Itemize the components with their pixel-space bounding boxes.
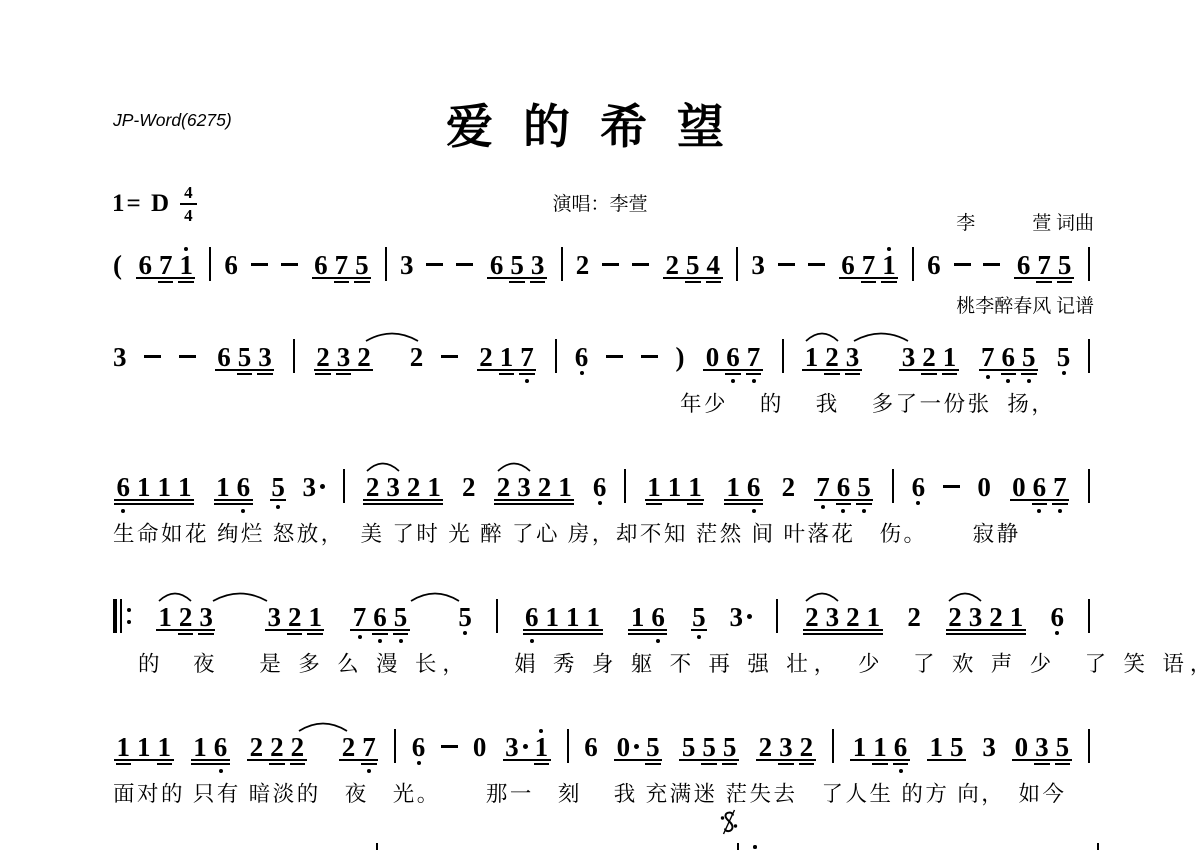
beam-underline xyxy=(1034,763,1050,765)
note: 3 xyxy=(969,604,983,631)
beam-underline xyxy=(265,629,325,631)
beam-underline xyxy=(856,503,872,505)
sheet-music-page: JP-Word(6275) 爱的希望 1= D 4 4 演唱：李萱 李 萱 词曲… xyxy=(0,0,1200,850)
note: 3 xyxy=(199,604,213,631)
notation-line-3: 61111653232122321611116276560067 xyxy=(113,462,1090,501)
note-digit: 7 xyxy=(862,250,876,280)
note: 1 xyxy=(179,252,193,279)
beam-underline xyxy=(372,633,388,635)
note-digit: 5 xyxy=(394,602,408,632)
note: 6 xyxy=(837,474,851,501)
note-digit: 6 xyxy=(927,250,941,280)
beam-underline xyxy=(725,373,741,375)
barline xyxy=(567,729,569,763)
beam-group: 765 xyxy=(813,474,875,501)
beam-group: 653 xyxy=(214,344,276,371)
note-digit: 1 xyxy=(216,472,230,502)
high-octave-dot xyxy=(887,247,891,251)
dash-extension xyxy=(606,355,623,358)
note: 1 xyxy=(726,474,740,501)
note: 1 xyxy=(178,474,192,501)
note-digit: 2 xyxy=(538,472,552,502)
low-octave-dot xyxy=(219,769,223,773)
beam-underline xyxy=(198,633,214,635)
note-digit: 3 xyxy=(113,342,127,372)
beam-underline xyxy=(691,629,707,631)
beam-underline xyxy=(116,763,132,765)
note-digit: 6 xyxy=(747,472,761,502)
barline xyxy=(624,469,626,503)
note: 5 xyxy=(1058,252,1072,279)
note-digit: 6 xyxy=(117,472,131,502)
dash-extension xyxy=(426,263,443,266)
beam-underline xyxy=(214,499,253,501)
note: 1 xyxy=(930,734,944,761)
note-digit: 2 xyxy=(922,342,936,372)
note: 2 xyxy=(759,734,773,761)
note-digit: 2 xyxy=(907,602,921,632)
beam-group: 217 xyxy=(476,344,538,371)
beam-group: 116 xyxy=(849,734,911,761)
note: 7 xyxy=(335,252,349,279)
low-octave-dot xyxy=(841,509,845,513)
beam-underline xyxy=(363,503,443,505)
note-digit: 1 xyxy=(647,472,661,502)
note-digit: 2 xyxy=(825,342,839,372)
note-digit: 0 xyxy=(473,732,487,762)
beam-underline xyxy=(824,373,840,375)
low-octave-dot xyxy=(121,509,125,513)
barline xyxy=(496,599,498,633)
beam-underline xyxy=(899,369,959,371)
beam-underline xyxy=(178,281,194,283)
note-digit: 3 xyxy=(337,342,351,372)
beam-underline xyxy=(487,277,547,279)
beam-group: 653 xyxy=(486,252,548,279)
beam-underline xyxy=(706,281,722,283)
note: 2 xyxy=(357,344,371,371)
note-digit: 3 xyxy=(199,602,213,632)
beam-underline xyxy=(257,373,273,375)
note-digit: 6 xyxy=(138,250,152,280)
note-digit: 6 xyxy=(525,602,539,632)
note-digit: 7 xyxy=(520,342,534,372)
beam-underline xyxy=(663,277,723,279)
note-digit: 5 xyxy=(1056,732,1070,762)
note-digit: 5 xyxy=(510,250,524,280)
beam-underline xyxy=(839,277,899,279)
transcriber-line: 桃李醉春风 记谱 xyxy=(956,293,1094,321)
barline xyxy=(782,339,784,373)
beam-underline xyxy=(336,373,352,375)
note-digit: 1 xyxy=(726,472,740,502)
beam-group: 232 xyxy=(755,734,817,761)
rest-note: 0 xyxy=(473,734,487,761)
beam-group: 2321 xyxy=(493,474,575,501)
note: 3 xyxy=(826,604,840,631)
note: 1 xyxy=(587,604,601,631)
note: 3 xyxy=(337,344,351,371)
duration-dot xyxy=(634,744,639,749)
note: 3 xyxy=(779,734,793,761)
note-digit: 2 xyxy=(316,342,330,372)
note-digit: 1 xyxy=(873,732,887,762)
note-digit: 1 xyxy=(631,602,645,632)
note: 2 xyxy=(291,734,305,761)
beam-underline xyxy=(1057,281,1073,283)
low-octave-dot xyxy=(530,639,534,643)
note-digit: 1 xyxy=(546,602,560,632)
note-digit: 2 xyxy=(759,732,773,762)
barline xyxy=(394,729,396,763)
barline xyxy=(1088,469,1090,503)
beam-group: 035 xyxy=(1011,734,1073,761)
note-digit: 2 xyxy=(366,472,380,502)
note-digit: 3 xyxy=(258,342,272,372)
note: 1 xyxy=(668,474,682,501)
beam-underline xyxy=(114,759,174,761)
note: 1 xyxy=(566,604,580,631)
dash-extension xyxy=(281,263,298,266)
low-octave-dot xyxy=(358,635,362,639)
beam-underline xyxy=(191,759,230,761)
note: 5 xyxy=(1022,344,1036,371)
note: 2 xyxy=(907,604,921,631)
notation-line-1: (67166753653225436716675 xyxy=(113,240,1090,279)
dash-extension xyxy=(251,263,268,266)
note-digit: 6 xyxy=(726,342,740,372)
note: 3 xyxy=(902,344,916,371)
note-digit: 1 xyxy=(158,732,172,762)
note-digit: 7 xyxy=(981,342,995,372)
beam-underline xyxy=(645,499,705,501)
repeat-dot xyxy=(127,608,131,612)
note-digit: 3 xyxy=(751,250,765,280)
note: 2 xyxy=(316,344,330,371)
low-octave-dot xyxy=(752,379,756,383)
note-digit: 6 xyxy=(412,732,426,762)
note-digit: 5 xyxy=(271,472,285,502)
note: 1 xyxy=(500,344,514,371)
note-digit: 6 xyxy=(314,250,328,280)
note-digit: 2 xyxy=(948,602,962,632)
beam-underline xyxy=(802,369,862,371)
note-digit: 7 xyxy=(816,472,830,502)
low-octave-dot xyxy=(862,509,866,513)
note: 6 xyxy=(412,734,426,761)
beam-underline xyxy=(814,499,874,501)
note-digit: 1 xyxy=(535,732,549,762)
note-digit: 2 xyxy=(800,732,814,762)
note-digit: 5 xyxy=(682,732,696,762)
note: 5 xyxy=(238,344,252,371)
note-digit: 6 xyxy=(651,602,665,632)
beam-underline xyxy=(534,763,550,765)
note-digit: 1 xyxy=(867,602,881,632)
note: 1 xyxy=(117,734,131,761)
note-digit: 3 xyxy=(846,342,860,372)
beam-underline xyxy=(315,373,331,375)
note: 6 xyxy=(314,252,328,279)
beam-underline xyxy=(114,503,194,505)
note-digit: 6 xyxy=(841,250,855,280)
beam-underline xyxy=(114,499,194,501)
beam-underline xyxy=(519,373,535,375)
beam-underline xyxy=(701,763,717,765)
beam-underline xyxy=(921,373,937,375)
note-digit: 7 xyxy=(159,250,173,280)
notation-line-2: 365323222176)0671233217655 xyxy=(113,332,1090,371)
note-digit: 7 xyxy=(362,732,376,762)
note: 6 xyxy=(894,734,908,761)
beam-underline xyxy=(799,763,815,765)
note: 3 xyxy=(267,604,281,631)
note: 3 xyxy=(258,344,272,371)
note: 2 xyxy=(805,604,819,631)
beam-group: 123 xyxy=(801,344,863,371)
note: 5 xyxy=(458,604,472,631)
note-digit: 3 xyxy=(386,472,400,502)
note: 5 xyxy=(510,252,524,279)
note-digit: 1 xyxy=(1010,602,1024,632)
note-digit: 3 xyxy=(826,602,840,632)
note-digit: 2 xyxy=(805,602,819,632)
beam-underline xyxy=(836,503,852,505)
note: 5 xyxy=(271,474,285,501)
note-digit: 2 xyxy=(666,250,680,280)
barline xyxy=(561,247,563,281)
note: 1 xyxy=(943,344,957,371)
low-octave-dot xyxy=(1058,509,1062,513)
note-digit: 3 xyxy=(505,732,519,762)
note-digit: 1 xyxy=(117,732,131,762)
beam-group: 2321 xyxy=(945,604,1027,631)
note: 5 xyxy=(723,734,737,761)
beam-underline xyxy=(270,499,286,501)
note-digit: 1 xyxy=(193,732,207,762)
note-digit: 2 xyxy=(462,472,476,502)
dash-extension xyxy=(954,263,971,266)
beam-underline xyxy=(307,633,323,635)
note: 6 xyxy=(841,252,855,279)
beam-group: 254 xyxy=(662,252,724,279)
note: 2 xyxy=(366,474,380,501)
low-octave-dot xyxy=(580,371,584,375)
barline xyxy=(209,247,211,281)
partial-barline xyxy=(376,843,378,850)
dash-extension xyxy=(441,745,458,748)
note-digit: 6 xyxy=(1017,250,1031,280)
lyrics-line-4: 面对的 只有 暗淡的 夜 光。 那一 刻 我 充满迷 茫失去 了人生 的方 向，… xyxy=(113,777,1067,808)
note: 6 xyxy=(912,474,926,501)
note-digit: 2 xyxy=(288,602,302,632)
beam-underline xyxy=(287,633,303,635)
note-digit: 2 xyxy=(407,472,421,502)
note: 6 xyxy=(927,252,941,279)
note: 6 xyxy=(1017,252,1031,279)
note-digit: 5 xyxy=(1022,342,1036,372)
note-digit: 3 xyxy=(969,602,983,632)
dash-extension xyxy=(641,355,658,358)
note-digit: 3 xyxy=(779,732,793,762)
high-octave-dot xyxy=(184,247,188,251)
note-digit: 1 xyxy=(500,342,514,372)
beam-underline xyxy=(237,373,253,375)
low-octave-dot xyxy=(525,379,529,383)
barline xyxy=(1088,339,1090,373)
note: 2 xyxy=(462,474,476,501)
note-digit: 3 xyxy=(400,250,414,280)
beam-group: 111 xyxy=(113,734,175,761)
parenthesis: ) xyxy=(676,344,685,371)
beam-underline xyxy=(679,759,739,761)
duration-dot xyxy=(320,484,325,489)
note: 1 xyxy=(535,734,549,761)
note-digit: 1 xyxy=(178,472,192,502)
beam-group: 16 xyxy=(627,604,668,631)
note: 7 xyxy=(520,344,534,371)
beam-group: 2321 xyxy=(802,604,884,631)
beam-underline xyxy=(178,633,194,635)
beam-underline xyxy=(136,277,196,279)
note: 1 xyxy=(867,604,881,631)
beam-underline xyxy=(746,373,762,375)
low-octave-dot xyxy=(821,505,825,509)
note: 6 xyxy=(138,252,152,279)
rest-note: 0 xyxy=(706,344,720,371)
note: 5 xyxy=(1057,344,1071,371)
beam-underline xyxy=(312,277,372,279)
note-digit: 6 xyxy=(224,250,238,280)
beam-underline xyxy=(339,759,378,761)
note: 2 xyxy=(538,474,552,501)
note: 6 xyxy=(237,474,251,501)
high-octave-dot xyxy=(539,729,543,733)
beam-group: 27 xyxy=(338,734,379,761)
beam-underline xyxy=(1021,373,1037,375)
low-octave-dot xyxy=(1006,379,1010,383)
note-digit: 2 xyxy=(497,472,511,502)
beam-underline xyxy=(350,629,410,631)
low-octave-dot xyxy=(276,505,280,509)
note: 1 xyxy=(805,344,819,371)
beam-underline xyxy=(1036,281,1052,283)
note-digit: 1 xyxy=(688,472,702,502)
beam-group: 16 xyxy=(190,734,231,761)
note-digit: 6 xyxy=(1033,472,1047,502)
beam-group: 671 xyxy=(838,252,900,279)
note: 6 xyxy=(525,604,539,631)
note: 2 xyxy=(666,252,680,279)
beam-underline xyxy=(156,629,216,631)
beam-underline xyxy=(722,763,738,765)
low-octave-dot xyxy=(1055,631,1059,635)
beam-group: 123 xyxy=(155,604,217,631)
note-digit: 2 xyxy=(270,732,284,762)
note: 1 xyxy=(193,734,207,761)
note-digit: 5 xyxy=(950,732,964,762)
dash-extension xyxy=(602,263,619,266)
note-digit: 1 xyxy=(179,250,193,280)
note: 6 xyxy=(1033,474,1047,501)
note: 1 xyxy=(853,734,867,761)
note-digit: 2 xyxy=(989,602,1003,632)
note: 1 xyxy=(158,474,172,501)
beam-group: 15 xyxy=(926,734,967,761)
note: 5 xyxy=(646,734,660,761)
note-digit: 3 xyxy=(1035,732,1049,762)
note: 6 xyxy=(575,344,589,371)
note-digit: 6 xyxy=(1051,602,1065,632)
note-digit: 1 xyxy=(158,602,172,632)
note-digit: 1 xyxy=(566,602,580,632)
note: 6 xyxy=(373,604,387,631)
repeat-thick-bar xyxy=(113,599,117,633)
note-digit: 1 xyxy=(137,472,151,502)
low-octave-dot xyxy=(1027,379,1031,383)
beam-underline xyxy=(1010,499,1070,501)
note: 5 xyxy=(857,474,871,501)
beam-underline xyxy=(361,763,377,765)
beam-group: 321 xyxy=(264,604,326,631)
note-digit: 2 xyxy=(357,342,371,372)
note: 3 xyxy=(846,344,860,371)
barline xyxy=(912,247,914,281)
low-octave-dot xyxy=(731,379,735,383)
beam-group: 067 xyxy=(1009,474,1071,501)
notation-line-4: 1233217655611116532321223216 xyxy=(113,592,1090,631)
note: 2 xyxy=(179,604,193,631)
note: 5 xyxy=(950,734,964,761)
beam-underline xyxy=(477,369,537,371)
note-digit: 2 xyxy=(782,472,796,502)
beam-underline xyxy=(881,281,897,283)
beam-underline xyxy=(269,763,285,765)
beam-underline xyxy=(850,759,910,761)
low-octave-dot xyxy=(899,769,903,773)
low-octave-dot xyxy=(916,501,920,505)
note: 7 xyxy=(159,252,173,279)
note: 6 xyxy=(747,474,761,501)
note: 2 xyxy=(410,344,424,371)
beam-group: 765 xyxy=(978,344,1040,371)
rest-note: 0 xyxy=(977,474,991,501)
note-digit: 6 xyxy=(237,472,251,502)
beam-underline xyxy=(509,281,525,283)
note-digit: 7 xyxy=(1053,472,1067,502)
dash-extension xyxy=(632,263,649,266)
note: 1 xyxy=(688,474,702,501)
barline xyxy=(1088,729,1090,763)
note: 5 xyxy=(394,604,408,631)
beam-underline xyxy=(703,369,763,371)
barline xyxy=(343,469,345,503)
note: 1 xyxy=(558,474,572,501)
note-digit: 0 xyxy=(1012,472,1026,502)
note-digit: 3 xyxy=(531,250,545,280)
note-digit: 5 xyxy=(1057,342,1071,372)
beam-underline xyxy=(927,759,966,761)
beam-underline xyxy=(503,759,551,761)
note: 7 xyxy=(862,252,876,279)
beam-group: 671 xyxy=(135,252,197,279)
beam-underline xyxy=(756,759,816,761)
dash-extension xyxy=(778,263,795,266)
note: 2 xyxy=(342,734,356,761)
beam-underline xyxy=(646,503,662,505)
note: 1 xyxy=(427,474,441,501)
note-digit: 6 xyxy=(894,732,908,762)
